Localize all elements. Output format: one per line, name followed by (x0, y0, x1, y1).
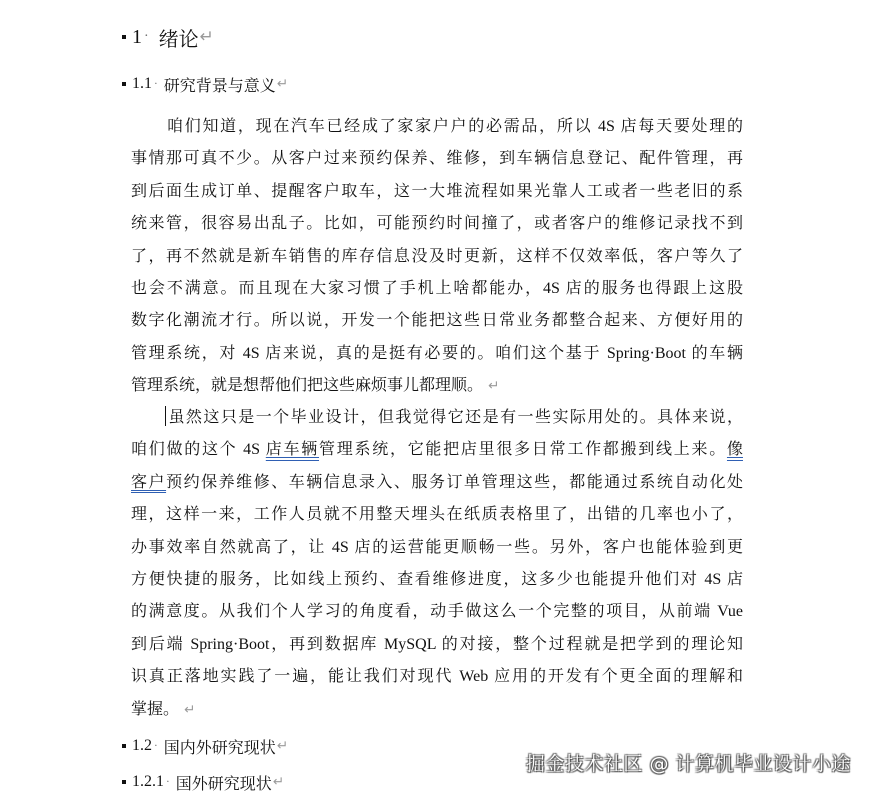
heading-list-marker (122, 82, 126, 86)
text-line: 管理系统，对 4S 店来说，真的是挺有必要的。咱们这个基于 Spring·Boo… (131, 338, 743, 370)
paragraph-mark-icon: ↵ (200, 27, 214, 47)
spellcheck-underlined-text[interactable]: 像 (727, 441, 743, 458)
heading-number: 1.2.1 (132, 773, 164, 791)
heading-list-marker (122, 780, 126, 784)
text-line: 咱们知道，现在汽车已经成了家家户户的必需品，所以 4S 店每天要处理的 (131, 111, 743, 143)
paragraph-mark-icon: ↵ (277, 738, 288, 754)
text-line: 到后面生成订单、提醒客户取车，这一大堆流程如果光靠人工或者一些老旧的系 (131, 176, 743, 208)
paragraph-mark-icon: ↵ (277, 76, 288, 92)
heading-number: 1 (132, 26, 142, 49)
watermark: 掘金技术社区 @ 计算机毕业设计小途 (526, 749, 851, 776)
heading-1-2-research-status[interactable]: 1.2 · 国内外研究现状 ↵ (122, 734, 288, 758)
text-line: 方便快捷的服务，比如线上预约、查看维修进度，这多少也能提升他们对 4S 店 (131, 564, 743, 596)
spellcheck-underlined-text[interactable]: 客户 (131, 474, 166, 491)
body-paragraph-1[interactable]: 咱们知道，现在汽车已经成了家家户户的必需品，所以 4S 店每天要处理的 事情那可… (131, 111, 743, 403)
text-line-last: 管理系统，就是想帮他们把这些麻烦事儿都理顺。 ↵ (131, 370, 743, 402)
space-mark: · (144, 29, 149, 45)
text-segment: 咱们做的这个 4S (131, 441, 266, 458)
text-line: 数字化潮流才行。所以说，开发一个能把这些日常业务都整合起来、方便好用的 (131, 305, 743, 337)
paragraph-mark-icon: ↵ (184, 702, 195, 718)
heading-1-introduction[interactable]: 1 · 绪论 ↵ (122, 22, 214, 52)
space-mark: · (154, 740, 158, 752)
heading-title: 国内外研究现状 (164, 735, 276, 758)
document-page[interactable]: 1 · 绪论 ↵ 1.1 · 研究背景与意义 ↵ 咱们知道，现在汽车已经成了家家… (0, 0, 873, 796)
heading-number: 1.1 (132, 75, 152, 93)
text-line: 事情那可真不少。从客户过来预约保养、维修，到车辆信息登记、配件管理，再 (131, 143, 743, 175)
text-line: 虽然这只是一个毕业设计，但我觉得它还是有一些实际用处的。具体来说， (131, 402, 743, 434)
heading-list-marker (122, 744, 126, 748)
spellcheck-underlined-text[interactable]: 店车辆 (266, 441, 319, 458)
text-segment: 掌握。 (131, 701, 179, 718)
text-line: 统来管，很容易出乱子。比如，可能预约时间撞了，或者客户的维修记录找不到 (131, 208, 743, 240)
text-line: 办事效率自然就高了，让 4S 店的运营能更顺畅一些。另外，客户也能体验到更 (131, 532, 743, 564)
heading-title: 国外研究现状 (176, 771, 272, 794)
text-segment: 虽然这只是一个毕业设计，但我觉得它还是有一些实际用处的。具体来说， (167, 409, 743, 426)
heading-number: 1.2 (132, 737, 152, 755)
paragraph-mark-icon: ↵ (273, 774, 284, 790)
text-line: 理，这样一来，工作人员就不用整天埋头在纸质表格里了，出错的几率也小了， (131, 499, 743, 531)
heading-title: 研究背景与意义 (164, 73, 276, 96)
text-line: 咱们做的这个 4S 店车辆管理系统，它能把店里很多日常工作都搬到线上来。像 (131, 434, 743, 466)
text-line: 到后端 Spring·Boot，再到数据库 MySQL 的对接，整个过程就是把学… (131, 629, 743, 661)
space-mark: · (154, 78, 158, 90)
heading-list-marker (122, 35, 126, 39)
body-paragraph-2[interactable]: 虽然这只是一个毕业设计，但我觉得它还是有一些实际用处的。具体来说， 咱们做的这个… (131, 402, 743, 726)
text-line: 客户预约保养维修、车辆信息录入、服务订单管理这些，都能通过系统自动化处 (131, 467, 743, 499)
text-line: 了，再不然就是新车销售的库存信息没及时更新，这样不仅效率低，客户等久了 (131, 241, 743, 273)
heading-1-1-background[interactable]: 1.1 · 研究背景与意义 ↵ (122, 72, 288, 96)
space-mark: · (166, 776, 170, 788)
text-segment: 预约保养维修、车辆信息录入、服务订单管理这些，都能通过系统自动化处 (166, 474, 743, 491)
heading-title: 绪论 (159, 23, 199, 52)
text-cursor (165, 406, 166, 426)
text-line-last: 掌握。 ↵ (131, 694, 743, 726)
text-line: 也会不满意。而且现在大家习惯了手机上啥都能办，4S 店的服务也得跟上这股 (131, 273, 743, 305)
text-line: 的满意度。从我们个人学习的角度看，动手做这么一个完整的项目，从前端 Vue (131, 596, 743, 628)
text-segment: 管理系统，就是想帮他们把这些麻烦事儿都理顺。 (131, 377, 483, 394)
paragraph-mark-icon: ↵ (488, 378, 499, 394)
heading-1-2-1-foreign-research[interactable]: 1.2.1 · 国外研究现状 ↵ (122, 770, 284, 794)
text-segment: 管理系统，它能把店里很多日常工作都搬到线上来。 (319, 441, 727, 458)
text-line: 识真正落地实践了一遍，能让我们对现代 Web 应用的开发有个更全面的理解和 (131, 661, 743, 693)
